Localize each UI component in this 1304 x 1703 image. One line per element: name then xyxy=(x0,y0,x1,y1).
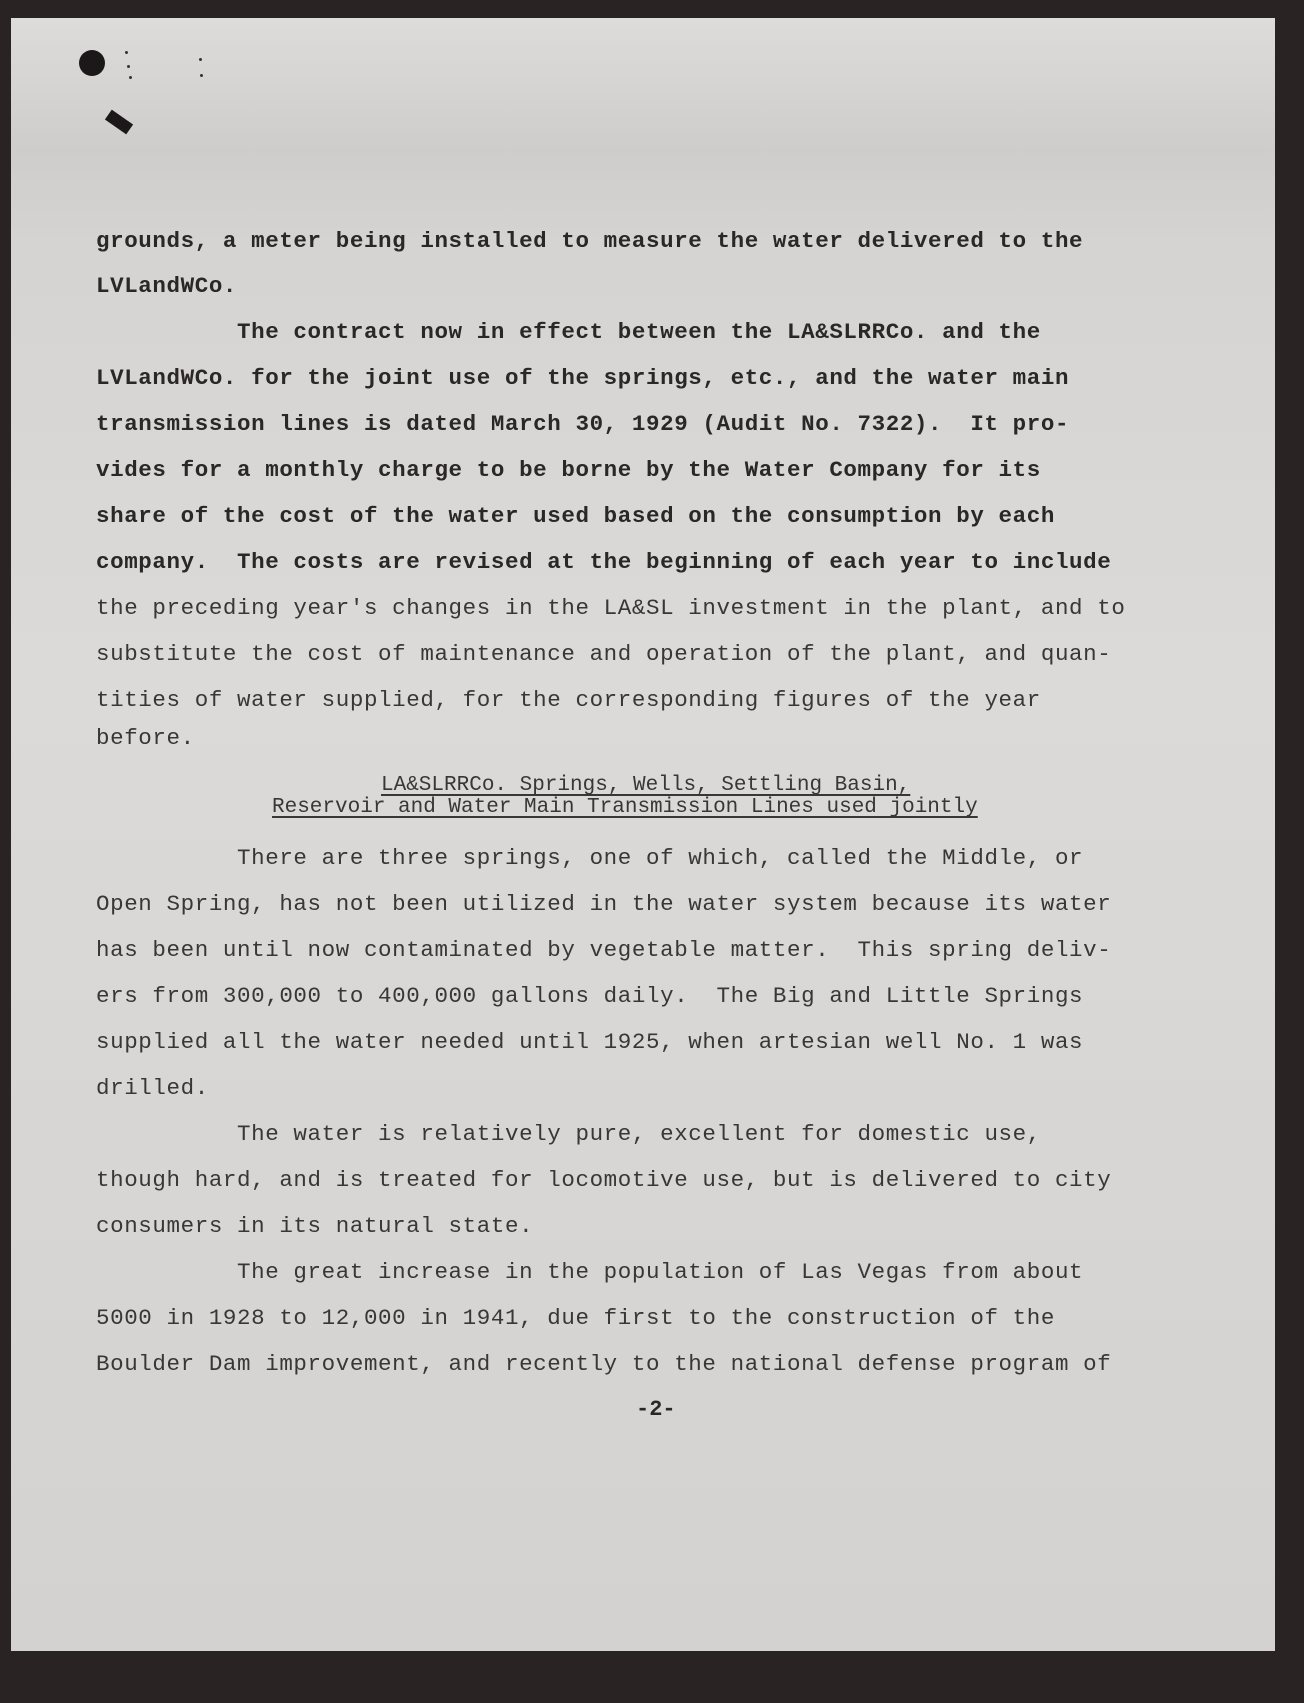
text-line: before. xyxy=(96,725,195,751)
text-line: supplied all the water needed until 1925… xyxy=(96,1029,1083,1055)
staple-mark xyxy=(129,76,132,79)
staple-mark xyxy=(127,65,130,68)
section-heading-line-1: LA&SLRRCo. Springs, Wells, Settling Basi… xyxy=(381,774,910,797)
text-line: transmission lines is dated March 30, 19… xyxy=(96,411,1069,437)
staple-mark xyxy=(200,74,203,77)
staple-mark xyxy=(125,51,128,54)
text-line: drilled. xyxy=(96,1075,209,1101)
text-line: though hard, and is treated for locomoti… xyxy=(96,1167,1111,1193)
text-line: share of the cost of the water used base… xyxy=(96,503,1055,529)
text-line: LVLandWCo. xyxy=(96,273,237,299)
text-line: consumers in its natural state. xyxy=(96,1213,533,1239)
text-line: The contract now in effect between the L… xyxy=(96,319,1041,345)
text-line: The great increase in the population of … xyxy=(96,1259,1083,1285)
punch-slot xyxy=(105,110,133,135)
page-number: -2- xyxy=(636,1397,676,1422)
text-line: the preceding year's changes in the LA&S… xyxy=(96,595,1125,621)
text-line: LVLandWCo. for the joint use of the spri… xyxy=(96,365,1069,391)
text-line: ers from 300,000 to 400,000 gallons dail… xyxy=(96,983,1083,1009)
staple-mark xyxy=(199,58,202,61)
text-line: substitute the cost of maintenance and o… xyxy=(96,641,1111,667)
text-line: vides for a monthly charge to be borne b… xyxy=(96,457,1041,483)
text-line: There are three springs, one of which, c… xyxy=(96,845,1083,871)
text-line: Open Spring, has not been utilized in th… xyxy=(96,891,1111,917)
punch-hole xyxy=(79,50,105,76)
text-line: grounds, a meter being installed to meas… xyxy=(96,228,1083,254)
text-line: tities of water supplied, for the corres… xyxy=(96,687,1041,713)
text-line: 5000 in 1928 to 12,000 in 1941, due firs… xyxy=(96,1305,1055,1331)
text-line: The water is relatively pure, excellent … xyxy=(96,1121,1041,1147)
section-heading-line-2: Reservoir and Water Main Transmission Li… xyxy=(272,796,978,819)
text-line: has been until now contaminated by veget… xyxy=(96,937,1111,963)
text-line: company. The costs are revised at the be… xyxy=(96,549,1111,575)
text-line: Boulder Dam improvement, and recently to… xyxy=(96,1351,1111,1377)
